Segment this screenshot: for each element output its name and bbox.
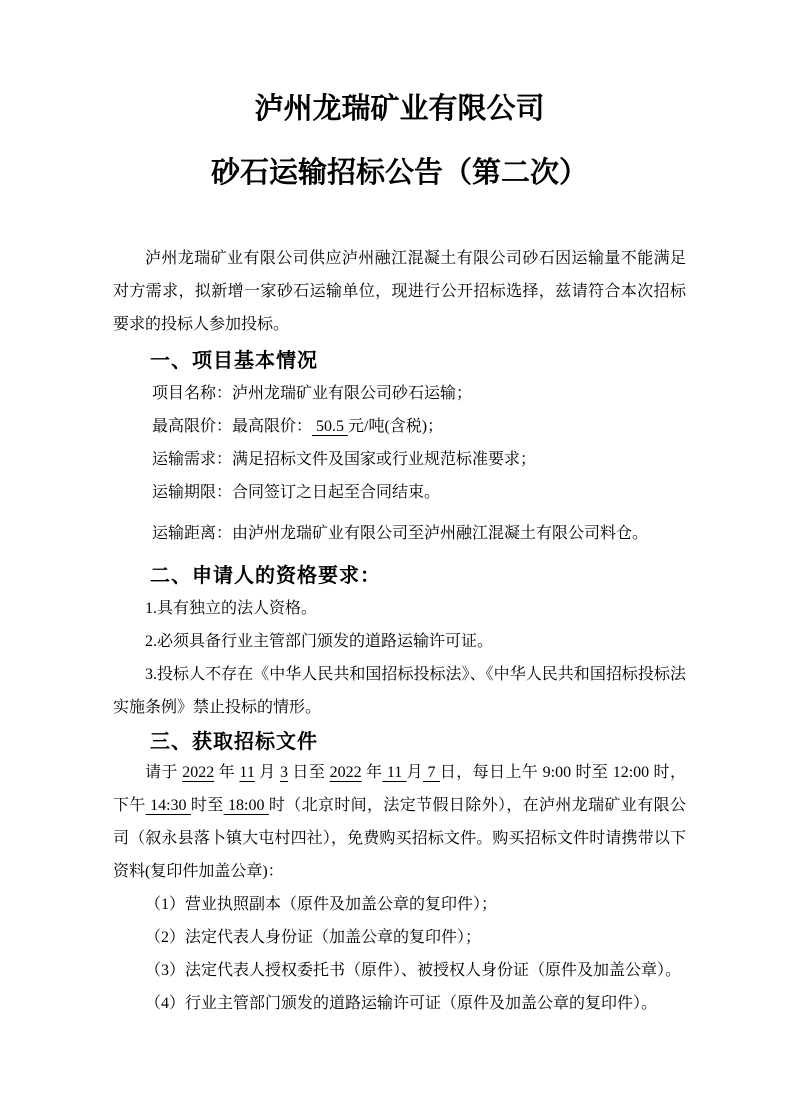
- purchase-info-paragraph: 请于 2022 年 11 月 3 日至 2022 年 11 月 7 日，每日上午…: [113, 756, 686, 888]
- intro-paragraph: 泸州龙瑞矿业有限公司供应泸州融江混凝土有限公司砂石因运输量不能满足对方需求，拟新…: [113, 242, 686, 341]
- text-segment: 元/吨(含税)；: [348, 418, 443, 435]
- underlined-value: 11: [239, 764, 254, 781]
- qualification-item-2: 2.必须具备行业主管部门颁发的道路运输许可证。: [113, 625, 686, 658]
- text-segment: 时至: [191, 797, 224, 814]
- underlined-value: 7: [423, 764, 440, 781]
- text-segment: 年: [214, 764, 239, 781]
- required-document-item-3: （3）法定代表人授权委托书（原件）、被授权人身份证（原件及加盖公章）。: [113, 954, 686, 987]
- text-segment: 请于: [145, 764, 182, 781]
- underlined-value: 2022: [182, 764, 214, 781]
- required-document-item-2: （2）法定代表人身份证（加盖公章的复印件）；: [113, 921, 686, 954]
- section2-heading: 二、申请人的资格要求：: [150, 562, 686, 590]
- text-segment: 最高限价：最高限价：: [152, 418, 312, 435]
- required-document-item-1: （1）营业执照副本（原件及加盖公章的复印件）；: [113, 888, 686, 921]
- underlined-value: 3: [280, 764, 288, 781]
- transport-distance-line: 运输距离：由泸州龙瑞矿业有限公司至泸州融江混凝土有限公司料仓。: [152, 517, 686, 550]
- transport-term-line: 运输期限：合同签订之日起至合同结束。: [152, 476, 686, 509]
- section3-heading: 三、获取招标文件: [150, 728, 686, 756]
- underlined-value: 50.5: [312, 418, 348, 435]
- required-document-item-4: （4）行业主管部门颁发的道路运输许可证（原件及加盖公章的复印件）。: [113, 987, 686, 1020]
- qualification-item-1: 1.具有独立的法人资格。: [113, 592, 686, 625]
- underlined-value: 11: [382, 764, 406, 781]
- text-segment: 月: [255, 764, 280, 781]
- max-price-line: 最高限价：最高限价： 50.5 元/吨(含税)；: [152, 410, 686, 443]
- document-page: 泸州龙瑞矿业有限公司 砂石运输招标公告（第二次） 泸州龙瑞矿业有限公司供应泸州融…: [0, 0, 794, 1108]
- underlined-value: 2022: [330, 764, 362, 781]
- project-name-line: 项目名称：泸州龙瑞矿业有限公司砂石运输；: [152, 377, 686, 410]
- transport-demand-line: 运输需求：满足招标文件及国家或行业规范标准要求；: [152, 443, 686, 476]
- text-segment: 年: [362, 764, 383, 781]
- document-title-line2: 砂石运输招标公告（第二次）: [113, 154, 686, 192]
- underlined-value: 18:00: [224, 797, 269, 814]
- text-segment: 月: [407, 764, 423, 781]
- section1-heading: 一、项目基本情况: [150, 347, 686, 375]
- text-segment: 日至: [288, 764, 330, 781]
- underlined-value: 14:30: [146, 797, 191, 814]
- document-title-line1: 泸州龙瑞矿业有限公司: [113, 90, 686, 128]
- qualification-item-3: 3.投标人不存在《中华人民共和国招标投标法》、《中华人民共和国招标投标法实施条例…: [113, 658, 686, 724]
